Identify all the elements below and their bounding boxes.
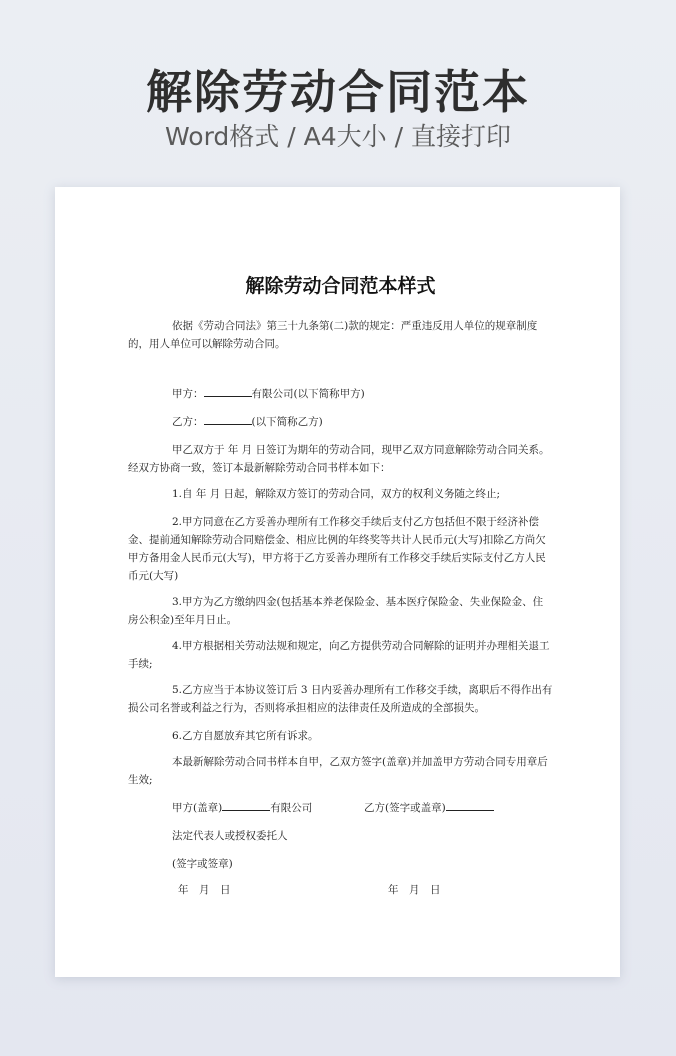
signature-party-b-label: 乙方(签字或盖章)	[364, 802, 446, 814]
clause-2: 2.甲方同意在乙方妥善办理所有工作移交手续后支付乙方包括但不限于经济补偿金、提前…	[128, 513, 553, 585]
party-a-label: 甲方：	[172, 388, 204, 400]
effect-paragraph: 本最新解除劳动合同书样本自甲，乙双方签字(盖章)并加盖甲方劳动合同专用章后生效;	[128, 753, 553, 789]
party-a-blank	[204, 385, 252, 397]
intro-paragraph: 依据《劳动合同法》第三十九条第(二)款的规定：严重违反用人单位的规章制度的，用人…	[128, 317, 553, 353]
clause-3: 3.甲方为乙方缴纳四金(包括基本养老保险金、基本医疗保险金、失业保险金、住房公积…	[128, 593, 553, 629]
signature-party-b: 乙方(签字或盖章)	[364, 799, 494, 817]
document-title: 解除劳动合同范本样式	[128, 271, 553, 298]
preamble-paragraph: 甲乙双方于 年 月 日签订为期年的劳动合同，现甲乙双方同意解除劳动合同关系。经双…	[128, 441, 553, 477]
clause-4: 4.甲方根据相关劳动法规和规定，向乙方提供劳动合同解除的证明并办理相关退工手续;	[128, 637, 553, 673]
signature-party-a: 甲方(盖章)有限公司	[172, 799, 312, 817]
clause-5: 5.乙方应当于本协议签订后 3 日内妥善办理所有工作移交手续，离职后不得作出有损…	[128, 681, 553, 717]
party-a-line: 甲方：有限公司(以下简称甲方)	[172, 385, 365, 403]
banner-title: 解除劳动合同范本	[0, 62, 676, 122]
signature-party-a-suffix: 有限公司	[270, 802, 312, 814]
party-a-suffix: 有限公司(以下简称甲方)	[252, 388, 365, 400]
party-b-label: 乙方：	[172, 416, 204, 428]
date-party-b: 年 月 日	[388, 881, 441, 899]
party-b-line: 乙方：(以下简称乙方)	[172, 413, 323, 431]
clause-6: 6.乙方自愿放弃其它所有诉求。	[128, 727, 553, 745]
signature-party-a-label: 甲方(盖章)	[172, 802, 222, 814]
representative-line: 法定代表人或授权委托人	[172, 827, 288, 845]
sign-note-line: (签字或签章)	[172, 855, 233, 873]
party-b-blank	[204, 413, 252, 425]
signature-party-a-blank	[222, 799, 270, 811]
clause-1: 1.自 年 月 日起，解除双方签订的劳动合同，双方的权利义务随之终止;	[128, 485, 553, 503]
banner-subtitle: Word格式 / A4大小 / 直接打印	[0, 120, 676, 154]
signature-party-b-blank	[446, 799, 494, 811]
party-b-suffix: (以下简称乙方)	[252, 416, 323, 428]
document-page: 解除劳动合同范本样式 依据《劳动合同法》第三十九条第(二)款的规定：严重违反用人…	[55, 187, 620, 977]
date-party-a: 年 月 日	[178, 881, 231, 899]
